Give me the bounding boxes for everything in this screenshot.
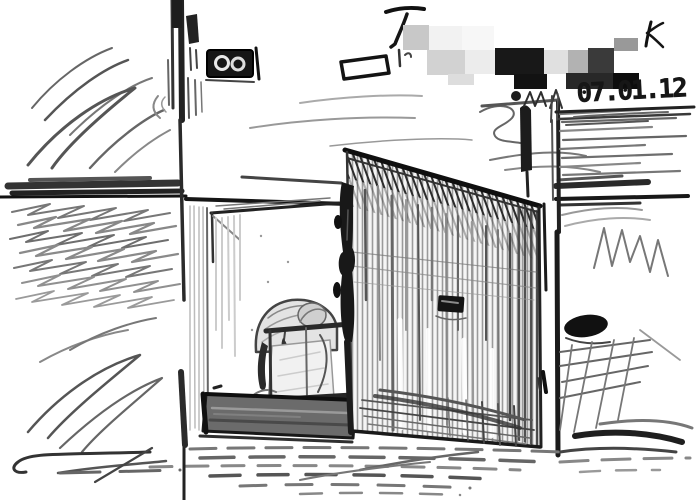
- sketch-page: 07.01.12: [0, 0, 700, 500]
- hinge-knob-upper: [334, 215, 342, 229]
- hunched-figure: [250, 300, 337, 404]
- handwritten-date: 07.01.12: [576, 73, 687, 109]
- post-cap: [172, 0, 182, 28]
- hinge-knob-lower: [333, 282, 341, 298]
- figure-head: [298, 303, 326, 327]
- door-right-shadowband: [514, 204, 540, 447]
- sketch-canvas: 07.01.12: [0, 0, 700, 500]
- bracket-post: [520, 105, 532, 172]
- plaque: [206, 48, 259, 82]
